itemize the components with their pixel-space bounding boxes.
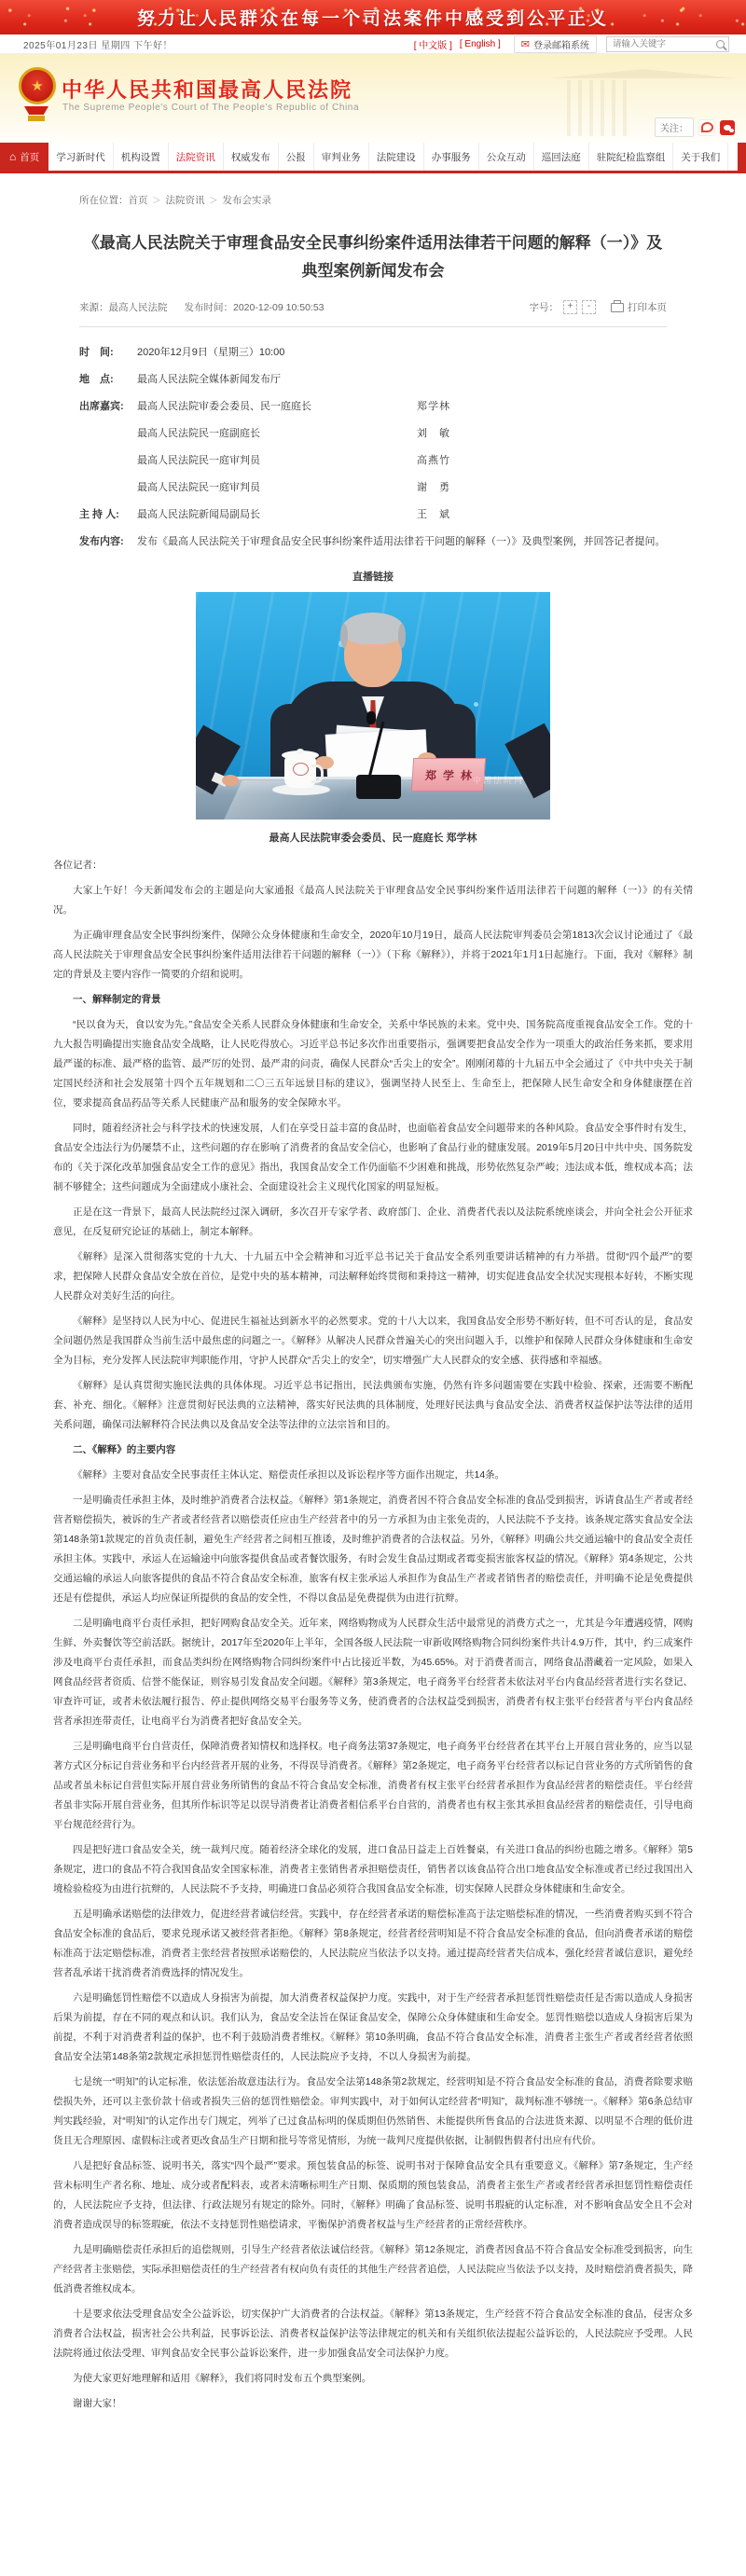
body-paragraph: 《解释》是坚持以人民为中心、促进民生福祉达到新水平的必然要求。党的十八大以来，我… bbox=[53, 1312, 693, 1371]
lang-cn-link[interactable]: [ 中文版 ] bbox=[414, 37, 452, 51]
info-row-1: 时 间:2020年12月9日（星期三）10:00 bbox=[79, 339, 667, 366]
lang-en-link[interactable]: [ English ] bbox=[460, 39, 501, 49]
article-meta: 来源： 最高人民法院 发布时间： 2020-12-09 10:50:53 字号：… bbox=[79, 300, 667, 314]
guest-name: 刘 敏 bbox=[417, 420, 450, 448]
body-paragraph: 一是明确责任承担主体，及时维护消费者合法权益。《解释》第1条规定，消费者因不符合… bbox=[53, 1491, 693, 1608]
font-decrease-button[interactable]: - bbox=[582, 300, 596, 314]
font-size-label: 字号： bbox=[530, 300, 559, 314]
info-label bbox=[79, 475, 137, 502]
body-paragraph: “民以食为天，食以安为先。”食品安全关系人民群众身体健康和生命安全，关系中华民族… bbox=[53, 1015, 693, 1113]
press-conference-info: 时 间:2020年12月9日（星期三）10:00地 点:最高人民法院全媒体新闻发… bbox=[79, 339, 667, 556]
star-icon: ★ bbox=[31, 79, 43, 93]
body-paragraph: 谢谢大家！ bbox=[53, 2394, 693, 2414]
nav-item-3[interactable]: 机构设置 bbox=[114, 143, 169, 171]
info-label: 地 点: bbox=[79, 366, 137, 393]
info-label: 出席嘉宾: bbox=[79, 393, 137, 420]
body-paragraph: 九是明确赔偿责任承担后的追偿规则，引导生产经营者依法诚信经营。《解释》第12条规… bbox=[53, 2240, 693, 2299]
info-row-7: 主 持 人:最高人民法院新闻局副局长王 斌 bbox=[79, 502, 667, 529]
nav-item-12[interactable]: 驻院纪检监察组 bbox=[589, 143, 674, 171]
body-paragraph: 同时，随着经济社会与科学技术的快速发展，人们在享受日益丰富的食品时，也面临着食品… bbox=[53, 1119, 693, 1197]
nav-overflow-sliver bbox=[738, 143, 746, 171]
home-icon: ⌂ bbox=[9, 150, 16, 163]
guest-name: 郑学林 bbox=[417, 393, 450, 420]
body-paragraph: 为正确审理食品安全民事纠纷案件，保障公众身体健康和生命安全，2020年10月19… bbox=[53, 926, 693, 985]
site-header: ★ 中华人民共和国最高人民法院 The Supreme People's Cou… bbox=[0, 54, 746, 143]
press-conference-photo: 郑学林 中国法院网 bbox=[196, 592, 550, 820]
body-paragraph: 正是在这一背景下，最高人民法院经过深入调研，多次召开专家学者、政府部门、企业、消… bbox=[53, 1203, 693, 1242]
date-text: 2025年01月23日 星期四 下午好！ bbox=[23, 37, 173, 51]
site-title-cn: 中华人民共和国最高人民法院 bbox=[62, 75, 352, 103]
body-paragraph: 大家上午好！今天新闻发布会的主题是向大家通报《最高人民法院关于审理食品安全民事纠… bbox=[53, 881, 693, 920]
breadcrumb-separator: ＞ bbox=[153, 196, 161, 205]
search-icon[interactable] bbox=[716, 40, 725, 48]
envelope-icon: ✉ bbox=[521, 38, 530, 50]
follow-label: 关注： bbox=[655, 117, 694, 137]
breadcrumb-item-3[interactable]: 发布会实录 bbox=[223, 195, 272, 206]
guest-role: 最高人民法院民一庭审判员 bbox=[137, 475, 417, 502]
nav-item-8[interactable]: 法院建设 bbox=[369, 143, 424, 171]
national-emblem-logo: ★ bbox=[19, 67, 54, 125]
nav-item-5[interactable]: 权威发布 bbox=[224, 143, 279, 171]
source-label: 来源： bbox=[79, 300, 109, 314]
guest-name: 谢 勇 bbox=[417, 475, 450, 502]
body-paragraph: 三是明确电商平台自营责任，保障消费者知情权和选择权。电子商务法第37条规定，电子… bbox=[53, 1737, 693, 1835]
breadcrumb-prefix: 所在位置： bbox=[79, 195, 129, 206]
nav-item-10[interactable]: 公众互动 bbox=[479, 143, 534, 171]
weibo-icon[interactable] bbox=[698, 119, 715, 136]
body-paragraph: 《解释》是认真贯彻实施民法典的具体体现。习近平总书记指出，民法典颁布实施，仍然有… bbox=[53, 1376, 693, 1435]
guest-role: 最高人民法院民一庭副庭长 bbox=[137, 420, 417, 448]
printer-icon[interactable] bbox=[611, 303, 624, 312]
breadcrumb-item-1[interactable]: 首页 bbox=[129, 195, 148, 206]
live-stream-link[interactable]: 直播链接 bbox=[0, 569, 746, 584]
body-paragraph: 十是要求依法受理食品安全公益诉讼，切实保护广大消费者的合法权益。《解释》第13条… bbox=[53, 2305, 693, 2363]
publish-time-label: 发布时间： bbox=[185, 300, 234, 314]
follow-us: 关注： bbox=[655, 117, 735, 137]
body-paragraph: 为使大家更好地理解和适用《解释》，我们将同时发布五个典型案例。 bbox=[53, 2369, 693, 2389]
page: 努力让人民群众在每一个司法案件中感受到公平正义 2025年01月23日 星期四 … bbox=[0, 0, 746, 2444]
nav-item-4[interactable]: 法院资讯 bbox=[169, 143, 224, 171]
guest-name: 高燕竹 bbox=[417, 448, 450, 475]
nav-item-13[interactable]: 关于我们 bbox=[673, 143, 728, 171]
page-title: 《最高人民法院关于审理食品安全民事纠纷案件适用法律若干问题的解释（一）》及典型案… bbox=[78, 229, 668, 285]
article-body: 各位记者：大家上午好！今天新闻发布会的主题是向大家通报《最高人民法院关于审理食品… bbox=[53, 856, 693, 2414]
info-label bbox=[79, 420, 137, 448]
print-page-button[interactable]: 打印本页 bbox=[628, 300, 667, 314]
source-value: 最高人民法院 bbox=[109, 300, 168, 314]
nav-item-6[interactable]: 公报 bbox=[279, 143, 314, 171]
body-paragraph: 六是明确惩罚性赔偿不以造成人身损害为前提，加大消费者权益保护力度。实践中，对于生… bbox=[53, 1989, 693, 2067]
nav-item-1[interactable]: ⌂首页 bbox=[0, 143, 48, 171]
info-row-3: 出席嘉宾:最高人民法院审委会委员、民一庭庭长郑学林 bbox=[79, 393, 667, 420]
search-box[interactable] bbox=[606, 36, 729, 52]
section-heading: 一、解释制定的背景 bbox=[53, 990, 693, 1010]
photo-watermark: 中国法院网 bbox=[473, 774, 524, 786]
nav-item-11[interactable]: 巡回法庭 bbox=[534, 143, 589, 171]
microphone-icon bbox=[356, 775, 401, 799]
body-paragraph: 《解释》主要对食品安全民事责任主体认定、赔偿责任承担以及诉讼程序等方面作出规定，… bbox=[53, 1466, 693, 1485]
body-paragraph: 八是把好食品标签、说明书关，落实“四个最严”要求。预包装食品的标签、说明书对于保… bbox=[53, 2156, 693, 2235]
main-nav: ⌂首页学习新时代机构设置法院资讯权威发布公报审判业务法院建设办事服务公众互动巡回… bbox=[0, 143, 746, 173]
info-label bbox=[79, 448, 137, 475]
guest-role: 最高人民法院民一庭审判员 bbox=[137, 448, 417, 475]
info-value: 最高人民法院全媒体新闻发布厅 bbox=[137, 366, 667, 393]
divider bbox=[79, 326, 667, 327]
info-label: 发布内容: bbox=[79, 529, 137, 556]
body-paragraph: 四是把好进口食品安全关，统一裁判尺度。随着经济全球化的发展，进口食品日益走上百姓… bbox=[53, 1840, 693, 1899]
photo-caption: 最高人民法院审委会委员、民一庭庭长 郑学林 bbox=[0, 830, 746, 845]
body-paragraph: 《解释》是深入贯彻落实党的十九大、十九届五中全会精神和习近平总书记关于食品安全系… bbox=[53, 1247, 693, 1306]
nav-item-9[interactable]: 办事服务 bbox=[424, 143, 479, 171]
guest-role: 最高人民法院审委会委员、民一庭庭长 bbox=[137, 393, 417, 420]
info-value: 2020年12月9日（星期三）10:00 bbox=[137, 339, 667, 366]
search-input[interactable] bbox=[611, 38, 716, 50]
info-row-6: 最高人民法院民一庭审判员谢 勇 bbox=[79, 475, 667, 502]
slogan-banner: 努力让人民群众在每一个司法案件中感受到公平正义 bbox=[0, 0, 746, 34]
info-row-4: 最高人民法院民一庭副庭长刘 敏 bbox=[79, 420, 667, 448]
mail-login-label: 登录邮箱系统 bbox=[533, 37, 589, 51]
body-paragraph: 五是明确承诺赔偿的法律效力，促进经营者诚信经营。实践中，存在经营者承诺的赔偿标准… bbox=[53, 1905, 693, 1983]
breadcrumb-item-2[interactable]: 法院资讯 bbox=[166, 195, 205, 206]
body-paragraph: 各位记者： bbox=[53, 856, 693, 875]
breadcrumb: 所在位置：首页＞法院资讯＞发布会实录 bbox=[79, 193, 746, 207]
slogan-text: 努力让人民群众在每一个司法案件中感受到公平正义 bbox=[137, 5, 609, 30]
breadcrumb-separator: ＞ bbox=[210, 196, 218, 205]
topbar: 2025年01月23日 星期四 下午好！ [ 中文版 ] [ English ]… bbox=[0, 34, 746, 54]
guest-role: 最高人民法院新闻局副局长 bbox=[137, 502, 417, 529]
site-title-en: The Supreme People's Court of The People… bbox=[62, 103, 359, 113]
info-value: 发布《最高人民法院关于审理食品安全民事纠纷案件适用法律若干问题的解释（一）》及典… bbox=[137, 529, 667, 556]
info-row-2: 地 点:最高人民法院全媒体新闻发布厅 bbox=[79, 366, 667, 393]
mail-login-button[interactable]: ✉ 登录邮箱系统 bbox=[514, 35, 597, 53]
info-label: 时 间: bbox=[79, 339, 137, 366]
publish-time-value: 2020-12-09 10:50:53 bbox=[233, 302, 325, 313]
info-row-5: 最高人民法院民一庭审判员高燕竹 bbox=[79, 448, 667, 475]
font-increase-button[interactable]: + bbox=[563, 300, 577, 314]
wechat-icon[interactable] bbox=[720, 120, 735, 135]
guest-name: 王 斌 bbox=[417, 502, 450, 529]
section-heading: 二、《解释》的主要内容 bbox=[53, 1440, 693, 1460]
body-paragraph: 二是明确电商平台责任承担，把好网购食品安全关。近年来，网络购物成为人民群众生活中… bbox=[53, 1614, 693, 1731]
nav-item-7[interactable]: 审判业务 bbox=[314, 143, 369, 171]
info-label: 主 持 人: bbox=[79, 502, 137, 529]
body-paragraph: 七是统一“明知”的认定标准，依法惩治故意违法行为。食品安全法第148条第2款规定… bbox=[53, 2073, 693, 2151]
nav-item-2[interactable]: 学习新时代 bbox=[48, 143, 114, 171]
info-row-8: 发布内容:发布《最高人民法院关于审理食品安全民事纠纷案件适用法律若干问题的解释（… bbox=[79, 529, 667, 556]
